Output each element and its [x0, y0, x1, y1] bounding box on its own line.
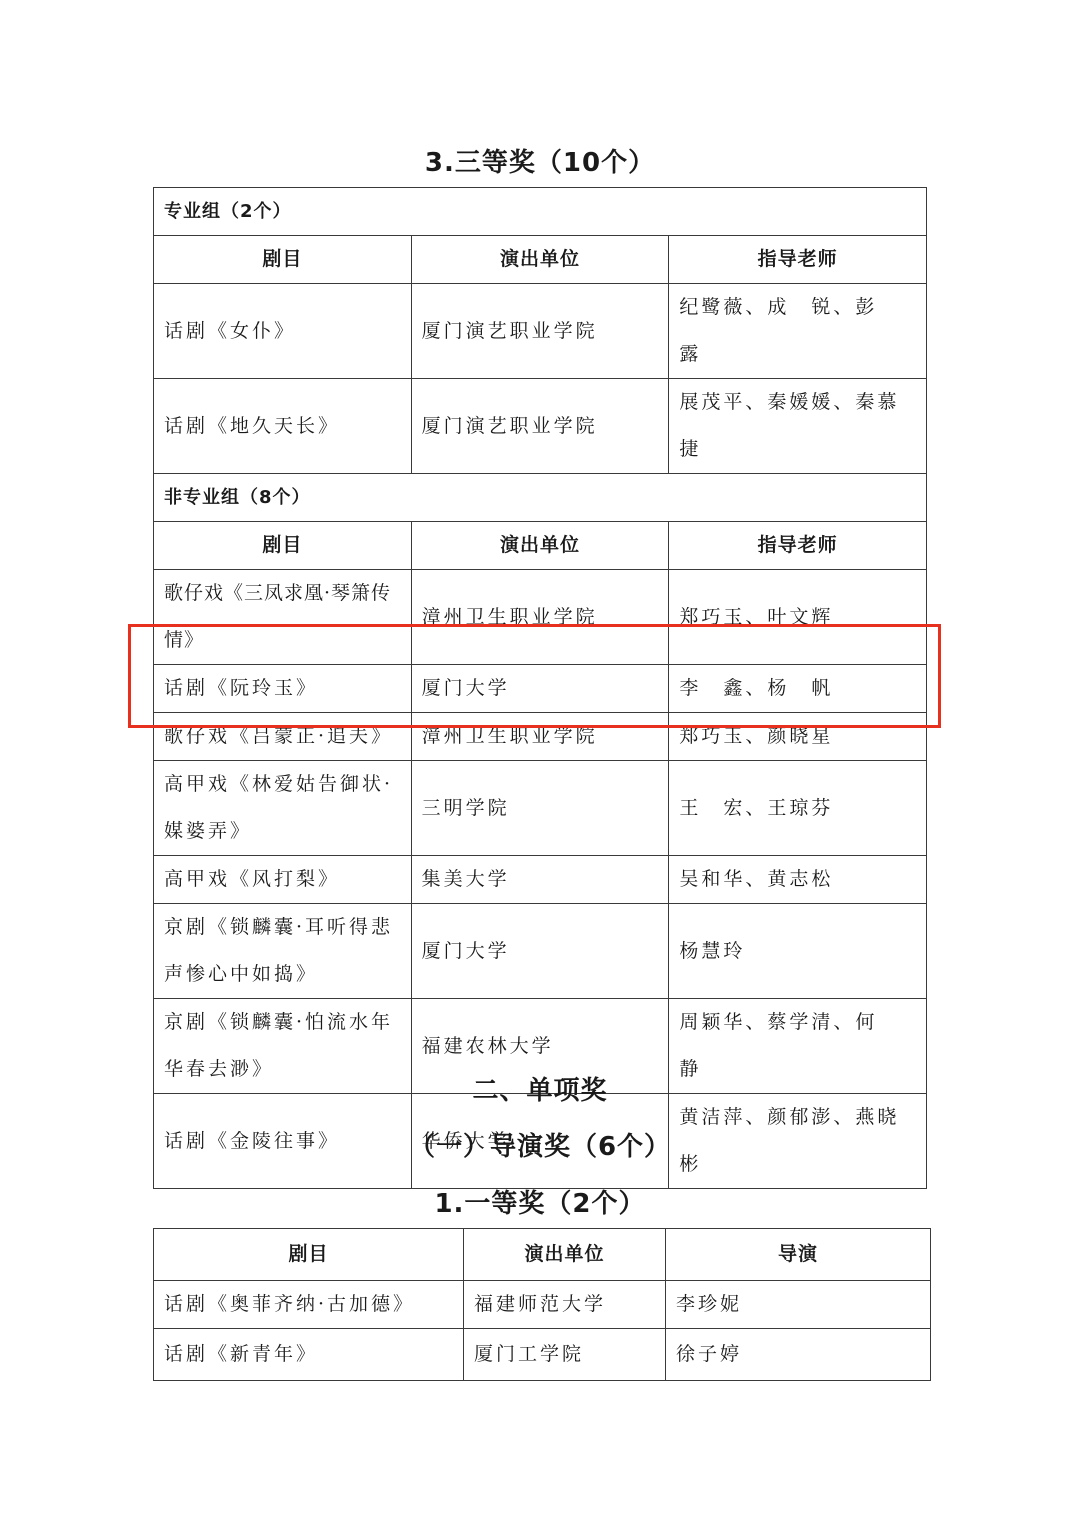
table-row: 高甲戏《风打梨》 集美大学 吴和华、黄志松: [154, 856, 927, 904]
cell-teacher: 郑巧玉、叶文辉: [669, 570, 927, 665]
table-row: 话剧《奥菲齐纳·古加德》 福建师范大学 李珍妮: [154, 1281, 931, 1329]
table-row: 话剧《女仆》 厦门演艺职业学院 纪鹭薇、成 锐、彭 露: [154, 284, 927, 379]
table-row: 歌仔戏《三凤求凰·琴箫传情》 漳州卫生职业学院 郑巧玉、叶文辉: [154, 570, 927, 665]
col-header-play: 剧目: [154, 236, 412, 284]
director-award-title: （一）导演奖（6个）: [0, 1126, 1080, 1163]
director-award-table: 剧目 演出单位 导演 话剧《奥菲齐纳·古加德》 福建师范大学 李珍妮 话剧《新青…: [153, 1228, 931, 1381]
group-label: 非专业组（8个）: [154, 474, 927, 522]
cell-unit: 厦门演艺职业学院: [411, 284, 669, 379]
col-header-play: 剧目: [154, 1229, 464, 1281]
table-row: 京剧《锁麟囊·耳听得悲声惨心中如捣》 厦门大学 杨慧玲: [154, 904, 927, 999]
cell-unit: 漳州卫生职业学院: [411, 713, 669, 761]
cell-director: 李珍妮: [666, 1281, 931, 1329]
cell-unit: 三明学院: [411, 761, 669, 856]
cell-play: 话剧《新青年》: [154, 1329, 464, 1381]
group-label: 专业组（2个）: [154, 188, 927, 236]
cell-play: 高甲戏《风打梨》: [154, 856, 412, 904]
cell-play: 话剧《地久天长》: [154, 379, 412, 474]
col-header-teacher: 指导老师: [669, 236, 927, 284]
col-header-play: 剧目: [154, 522, 412, 570]
cell-unit: 厦门工学院: [464, 1329, 666, 1381]
third-prize-table: 专业组（2个） 剧目 演出单位 指导老师 话剧《女仆》 厦门演艺职业学院 纪鹭薇…: [153, 187, 927, 1189]
group-row-professional: 专业组（2个）: [154, 188, 927, 236]
table-row: 话剧《新青年》 厦门工学院 徐子婷: [154, 1329, 931, 1381]
cell-unit: 厦门大学: [411, 904, 669, 999]
table-row: 话剧《阮玲玉》 厦门大学 李 鑫、杨 帆: [154, 665, 927, 713]
table-row: 话剧《地久天长》 厦门演艺职业学院 展茂平、秦媛媛、秦慕捷: [154, 379, 927, 474]
col-header-unit: 演出单位: [411, 522, 669, 570]
cell-teacher: 郑巧玉、颜晓星: [669, 713, 927, 761]
cell-play: 话剧《阮玲玉》: [154, 665, 412, 713]
table-header-row: 剧目 演出单位 导演: [154, 1229, 931, 1281]
col-header-teacher: 指导老师: [669, 522, 927, 570]
cell-unit: 厦门大学: [411, 665, 669, 713]
group-row-nonprofessional: 非专业组（8个）: [154, 474, 927, 522]
cell-teacher: 王 宏、王琼芬: [669, 761, 927, 856]
cell-teacher: 杨慧玲: [669, 904, 927, 999]
cell-teacher: 李 鑫、杨 帆: [669, 665, 927, 713]
table-header-row: 剧目 演出单位 指导老师: [154, 522, 927, 570]
cell-unit: 福建师范大学: [464, 1281, 666, 1329]
cell-play: 话剧《女仆》: [154, 284, 412, 379]
cell-unit: 厦门演艺职业学院: [411, 379, 669, 474]
cell-play: 歌仔戏《吕蒙正·追夫》: [154, 713, 412, 761]
first-prize-title: 1.一等奖（2个）: [0, 1183, 1080, 1220]
cell-play: 歌仔戏《三凤求凰·琴箫传情》: [154, 570, 412, 665]
table-row-highlighted: 高甲戏《林爱姑告御状·媒婆弄》 三明学院 王 宏、王琼芬: [154, 761, 927, 856]
col-header-unit: 演出单位: [464, 1229, 666, 1281]
table-header-row: 剧目 演出单位 指导老师: [154, 236, 927, 284]
cell-teacher: 展茂平、秦媛媛、秦慕捷: [669, 379, 927, 474]
cell-unit: 集美大学: [411, 856, 669, 904]
cell-play: 高甲戏《林爱姑告御状·媒婆弄》: [154, 761, 412, 856]
individual-awards-title: 二、单项奖: [0, 1070, 1080, 1107]
col-header-unit: 演出单位: [411, 236, 669, 284]
cell-teacher: 纪鹭薇、成 锐、彭 露: [669, 284, 927, 379]
table-row: 歌仔戏《吕蒙正·追夫》 漳州卫生职业学院 郑巧玉、颜晓星: [154, 713, 927, 761]
cell-unit: 漳州卫生职业学院: [411, 570, 669, 665]
cell-director: 徐子婷: [666, 1329, 931, 1381]
cell-teacher: 吴和华、黄志松: [669, 856, 927, 904]
col-header-director: 导演: [666, 1229, 931, 1281]
cell-play: 京剧《锁麟囊·耳听得悲声惨心中如捣》: [154, 904, 412, 999]
cell-play: 话剧《奥菲齐纳·古加德》: [154, 1281, 464, 1329]
third-prize-title: 3.三等奖（10个）: [0, 142, 1080, 179]
